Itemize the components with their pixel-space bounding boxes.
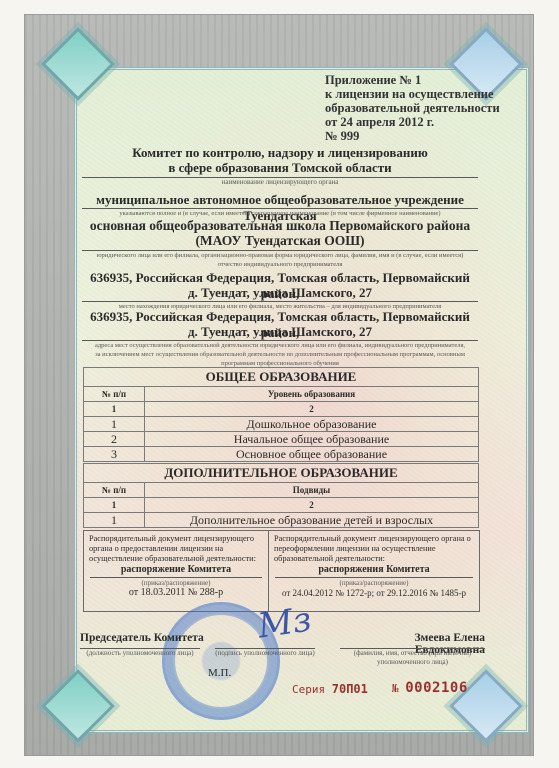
- licensing-body: Комитет по контролю, надзору и лицензиро…: [70, 145, 490, 175]
- appendix-header: Приложение № 1 к лицензии на осуществлен…: [325, 73, 500, 143]
- organization-caption: юридического лица или его филиала, орган…: [92, 251, 468, 269]
- grant-document: Распорядительный документ лицензирующего…: [84, 531, 269, 611]
- column-number: 2: [145, 498, 479, 513]
- appendix-line: № 999: [325, 129, 500, 143]
- column-header: № п/п: [84, 483, 145, 498]
- column-header: Уровень образования: [145, 387, 479, 402]
- table-title: ДОПОЛНИТЕЛЬНОЕ ОБРАЗОВАНИЕ: [84, 464, 479, 483]
- grant-document-text: Распорядительный документ лицензирующего…: [84, 531, 268, 564]
- column-header: Подвиды: [145, 483, 479, 498]
- row-number: 3: [84, 447, 145, 462]
- table-row: 2 Начальное общее образование: [84, 432, 479, 447]
- additional-education-table: ДОПОЛНИТЕЛЬНОЕ ОБРАЗОВАНИЕ № п/п Подвиды…: [83, 463, 479, 528]
- grant-document-type: распоряжение Комитета: [84, 565, 268, 575]
- grant-document-date: от 18.03.2011 № 288-р: [84, 588, 268, 598]
- reissue-document: Распорядительный документ лицензирующего…: [269, 531, 479, 611]
- appendix-line: от 24 апреля 2012 г.: [325, 115, 500, 129]
- appendix-line: Приложение № 1: [325, 73, 500, 87]
- licensing-body-caption: наименование лицензирующего органа: [82, 178, 478, 187]
- signature-caption: (подпись уполномоченного лица): [210, 649, 320, 658]
- number-label: №: [392, 682, 399, 695]
- table-row: 1 Дополнительное образование детей и взр…: [84, 513, 479, 528]
- organization-name-line2: основная общеобразовательная школа Перво…: [70, 218, 490, 234]
- column-number: 1: [84, 498, 145, 513]
- position-caption: (должность уполномоченного лица): [80, 649, 200, 658]
- column-number: 1: [84, 402, 145, 417]
- education-level: Дошкольное образование: [145, 417, 479, 432]
- row-number: 1: [84, 417, 145, 432]
- licensing-body-name: Комитет по контролю, надзору и лицензиро…: [70, 145, 490, 160]
- legal-address-line2: д. Туендат, улица Шамского, 27: [70, 285, 490, 301]
- reissue-document-text: Распорядительный документ лицензирующего…: [269, 531, 479, 564]
- stamp-place-label: М.П.: [208, 667, 231, 679]
- education-subtype: Дополнительное образование детей и взрос…: [145, 513, 479, 528]
- education-level: Основное общее образование: [145, 447, 479, 462]
- signature: Мз: [255, 599, 313, 646]
- appendix-line: образовательной деятельности: [325, 101, 500, 115]
- series-value: 70П01: [332, 682, 368, 696]
- table-row: 1 Дошкольное образование: [84, 417, 479, 432]
- signatory-position: Председатель Комитета: [80, 632, 204, 644]
- general-education-table: ОБЩЕЕ ОБРАЗОВАНИЕ № п/п Уровень образова…: [83, 367, 479, 462]
- reissue-document-type: распоряжения Комитета: [269, 565, 479, 575]
- number-value: 0002106: [405, 680, 468, 696]
- row-number: 2: [84, 432, 145, 447]
- organization-caption: указываются полное и (в случае, если име…: [82, 209, 478, 218]
- education-level: Начальное общее образование: [145, 432, 479, 447]
- row-number: 1: [84, 513, 145, 528]
- activity-address-line2: д. Туендат, улица Шамского, 27: [70, 324, 490, 340]
- reissue-document-date: от 24.04.2012 № 1272-р; от 29.12.2016 № …: [269, 588, 479, 598]
- administrative-documents: Распорядительный документ лицензирующего…: [83, 530, 480, 612]
- table-title: ОБЩЕЕ ОБРАЗОВАНИЕ: [84, 368, 479, 387]
- series: Серия 70П01: [292, 682, 368, 696]
- form-number: № 0002106: [392, 680, 468, 696]
- column-header: № п/п: [84, 387, 145, 402]
- name-caption: (фамилия, имя, отчество (при наличии) уп…: [345, 649, 480, 667]
- table-row: 3 Основное общее образование: [84, 447, 479, 462]
- series-label: Серия: [292, 683, 325, 696]
- column-number: 2: [145, 402, 479, 417]
- organization-short-name: (МАОУ Туендатская ООШ): [70, 233, 490, 249]
- activity-address-caption: адреса мест осуществления образовательно…: [92, 341, 468, 368]
- reissue-document-caption: (приказ/распоряжение): [269, 578, 479, 588]
- licensing-body-name: в сфере образования Томской области: [70, 160, 490, 175]
- appendix-line: к лицензии на осуществление: [325, 87, 500, 101]
